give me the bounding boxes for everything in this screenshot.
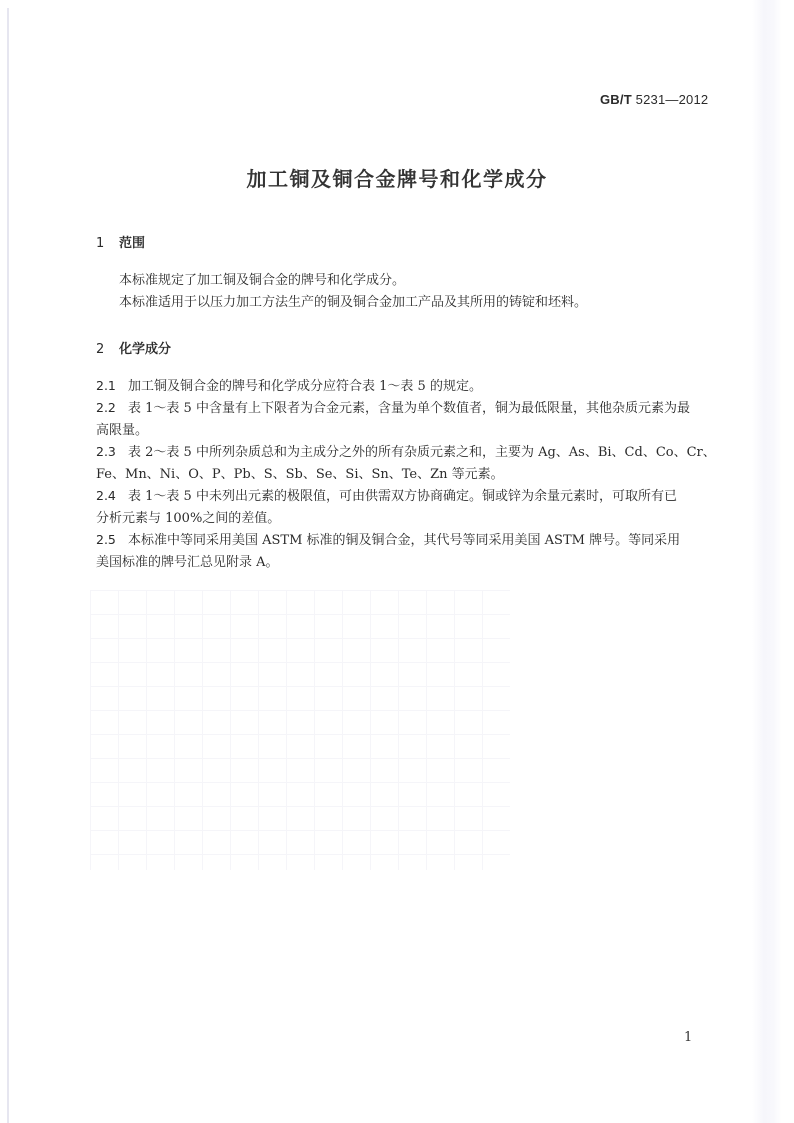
clause-2-2: 2.2表 1～表 5 中含量有上下限者为合金元素，含量为单个数值者，铜为最低限量… <box>96 397 706 441</box>
clause-2-4: 2.4表 1～表 5 中未列出元素的极限值，可由供需双方协商确定。铜或锌为余量元… <box>96 485 706 529</box>
clause-line: 2.1加工铜及铜合金的牌号和化学成分应符合表 1～表 5 的规定。 <box>96 375 706 398</box>
clause-2-3: 2.3表 2～表 5 中所列杂质总和为主成分之外的所有杂质元素之和，主要为 Ag… <box>96 441 706 485</box>
clause-line: 2.5本标准中等同采用美国 ASTM 标准的铜及铜合金，其代号等同采用美国 AS… <box>96 529 706 552</box>
clause-line: 美国标准的牌号汇总见附录 A。 <box>96 552 706 574</box>
clause-number: 2.2 <box>96 397 128 419</box>
clause-line: 2.2表 1～表 5 中含量有上下限者为合金元素，含量为单个数值者，铜为最低限量… <box>96 397 706 420</box>
standard-number: 5231—2012 <box>636 92 709 107</box>
scope-paragraph-2: 本标准适用于以压力加工方法生产的铜及铜合金加工产品及其所用的铸锭和坯料。 <box>119 292 587 313</box>
clause-text: 本标准中等同采用美国 ASTM 标准的铜及铜合金，其代号等同采用美国 ASTM … <box>128 533 680 548</box>
section-number: 1 <box>96 236 119 251</box>
page-number: 1 <box>684 1030 692 1045</box>
section-title: 范围 <box>119 236 145 251</box>
section-2-heading: 2化学成分 <box>96 338 171 357</box>
clause-text: 加工铜及铜合金的牌号和化学成分应符合表 1～表 5 的规定。 <box>128 379 482 394</box>
clause-text: 表 1～表 5 中含量有上下限者为合金元素，含量为单个数值者，铜为最低限量，其他… <box>128 401 690 416</box>
document-title: 加工铜及铜合金牌号和化学成分 <box>0 163 794 192</box>
standard-prefix: GB/T <box>600 92 632 107</box>
clause-number: 2.4 <box>96 485 128 507</box>
clause-text: 表 1～表 5 中未列出元素的极限值，可由供需双方协商确定。铜或锌为余量元素时，… <box>128 489 677 504</box>
clause-number: 2.5 <box>96 529 128 551</box>
clause-line: 2.3表 2～表 5 中所列杂质总和为主成分之外的所有杂质元素之和，主要为 Ag… <box>96 441 706 464</box>
clause-line: Fe、Mn、Ni、O、P、Pb、S、Sb、Se、Si、Sn、Te、Zn 等元素。 <box>96 464 706 486</box>
scope-paragraph-1: 本标准规定了加工铜及铜合金的牌号和化学成分。 <box>119 270 405 291</box>
clause-number: 2.3 <box>96 441 128 463</box>
clause-number: 2.1 <box>96 375 128 397</box>
clause-line: 2.4表 1～表 5 中未列出元素的极限值，可由供需双方协商确定。铜或锌为余量元… <box>96 485 706 508</box>
section-title: 化学成分 <box>119 342 171 357</box>
scan-bleed-through <box>90 590 510 870</box>
section-1-heading: 1范围 <box>96 232 145 251</box>
clause-line: 高限量。 <box>96 420 706 442</box>
standard-code: GB/T 5231—2012 <box>600 92 708 107</box>
clause-line: 分析元素与 100%之间的差值。 <box>96 508 706 530</box>
clause-2-1: 2.1加工铜及铜合金的牌号和化学成分应符合表 1～表 5 的规定。 <box>96 375 706 398</box>
section-number: 2 <box>96 342 119 357</box>
clause-text: 表 2～表 5 中所列杂质总和为主成分之外的所有杂质元素之和，主要为 Ag、As… <box>128 445 716 460</box>
clause-2-5: 2.5本标准中等同采用美国 ASTM 标准的铜及铜合金，其代号等同采用美国 AS… <box>96 529 706 573</box>
